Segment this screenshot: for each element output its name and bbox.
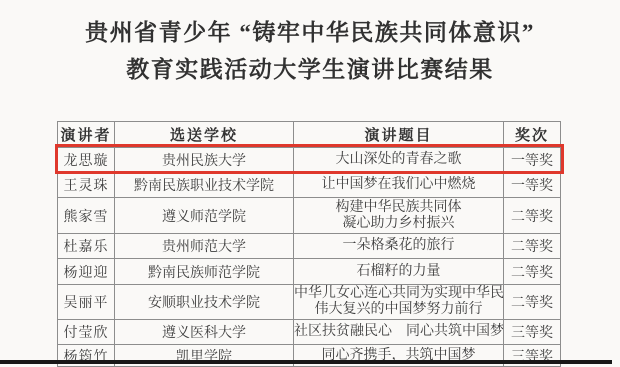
header-speaker: 演讲者 xyxy=(58,122,115,148)
table-row: 龙思璇 贵州民族大学 大山深处的青春之歌 一等奖 xyxy=(58,148,561,173)
table-row: 熊家雪 遵义师范学院 构建中华民族共同体 凝心助力乡村振兴 二等奖 xyxy=(58,198,561,234)
table-row: 吴丽平 安顺职业技术学院 中华儿女心连心共同为实现中华民族 伟大复兴的中国梦努力… xyxy=(58,285,561,320)
school-cell: 安顺职业技术学院 xyxy=(115,285,294,320)
topic-cell: 构建中华民族共同体 凝心助力乡村振兴 xyxy=(294,198,504,234)
topic-line: 社区扶贫融民心 同心共筑中国梦 xyxy=(294,324,503,340)
award-cell: 二等奖 xyxy=(504,259,561,285)
topic-line: 一朵格桑花的旅行 xyxy=(294,238,503,254)
topic-cell: 社区扶贫融民心 同心共筑中国梦 xyxy=(294,320,504,345)
table-header-row: 演讲者 选送学校 演讲题目 奖次 xyxy=(58,122,561,148)
school-cell: 黔南民族职业技术学院 xyxy=(115,173,294,198)
award-cell: 三等奖 xyxy=(504,320,561,345)
topic-cell: 一朵格桑花的旅行 xyxy=(294,234,504,259)
title-line-2: 教育实践活动大学生演讲比赛结果 xyxy=(0,51,620,88)
page-bottom-edge xyxy=(0,360,612,364)
award-cell: 二等奖 xyxy=(504,198,561,234)
header-school: 选送学校 xyxy=(115,122,294,148)
speaker-cell: 付莹欣 xyxy=(58,320,115,345)
speaker-cell: 杨迎迎 xyxy=(58,259,115,285)
speaker-cell: 吴丽平 xyxy=(58,285,115,320)
table-row: 杜嘉乐 贵州师范大学 一朵格桑花的旅行 二等奖 xyxy=(58,234,561,259)
topic-cell: 大山深处的青春之歌 xyxy=(294,148,504,173)
award-cell: 二等奖 xyxy=(504,234,561,259)
speaker-cell: 龙思璇 xyxy=(58,148,115,173)
topic-line: 伟大复兴的中国梦努力前行 xyxy=(294,302,503,318)
header-topic: 演讲题目 xyxy=(294,122,504,148)
topic-line: 凝心助力乡村振兴 xyxy=(294,216,503,232)
topic-cell: 让中国梦在我们心中燃烧 xyxy=(294,173,504,198)
document-title: 贵州省青少年 “铸牢中华民族共同体意识” 教育实践活动大学生演讲比赛结果 xyxy=(0,14,620,88)
award-cell: 二等奖 xyxy=(504,285,561,320)
speaker-cell: 熊家雪 xyxy=(58,198,115,234)
award-cell: 一等奖 xyxy=(504,148,561,173)
school-cell: 黔南民族师范学院 xyxy=(115,259,294,285)
table-row: 王灵珠 黔南民族职业技术学院 让中国梦在我们心中燃烧 一等奖 xyxy=(58,173,561,198)
results-table: 演讲者 选送学校 演讲题目 奖次 龙思璇 贵州民族大学 大山深处的青春之歌 一等… xyxy=(57,121,561,367)
school-cell: 贵州民族大学 xyxy=(115,148,294,173)
school-cell: 贵州师范大学 xyxy=(115,234,294,259)
table-row: 杨迎迎 黔南民族师范学院 石榴籽的力量 二等奖 xyxy=(58,259,561,285)
table-row: 付莹欣 遵义医科大学 社区扶贫融民心 同心共筑中国梦 三等奖 xyxy=(58,320,561,345)
topic-line: 构建中华民族共同体 xyxy=(294,200,503,216)
topic-line: 中华儿女心连心共同为实现中华民族 xyxy=(294,286,503,302)
scanned-results-document: 贵州省青少年 “铸牢中华民族共同体意识” 教育实践活动大学生演讲比赛结果 演讲者… xyxy=(0,0,620,367)
header-award: 奖次 xyxy=(504,122,561,148)
topic-line: 石榴籽的力量 xyxy=(294,264,503,280)
speaker-cell: 杜嘉乐 xyxy=(58,234,115,259)
school-cell: 遵义医科大学 xyxy=(115,320,294,345)
topic-line: 大山深处的青春之歌 xyxy=(294,152,503,168)
topic-line: 让中国梦在我们心中燃烧 xyxy=(294,177,503,193)
topic-cell: 中华儿女心连心共同为实现中华民族 伟大复兴的中国梦努力前行 xyxy=(294,285,504,320)
topic-cell: 石榴籽的力量 xyxy=(294,259,504,285)
school-cell: 遵义师范学院 xyxy=(115,198,294,234)
speaker-cell: 王灵珠 xyxy=(58,173,115,198)
award-cell: 一等奖 xyxy=(504,173,561,198)
title-line-1: 贵州省青少年 “铸牢中华民族共同体意识” xyxy=(0,14,620,51)
